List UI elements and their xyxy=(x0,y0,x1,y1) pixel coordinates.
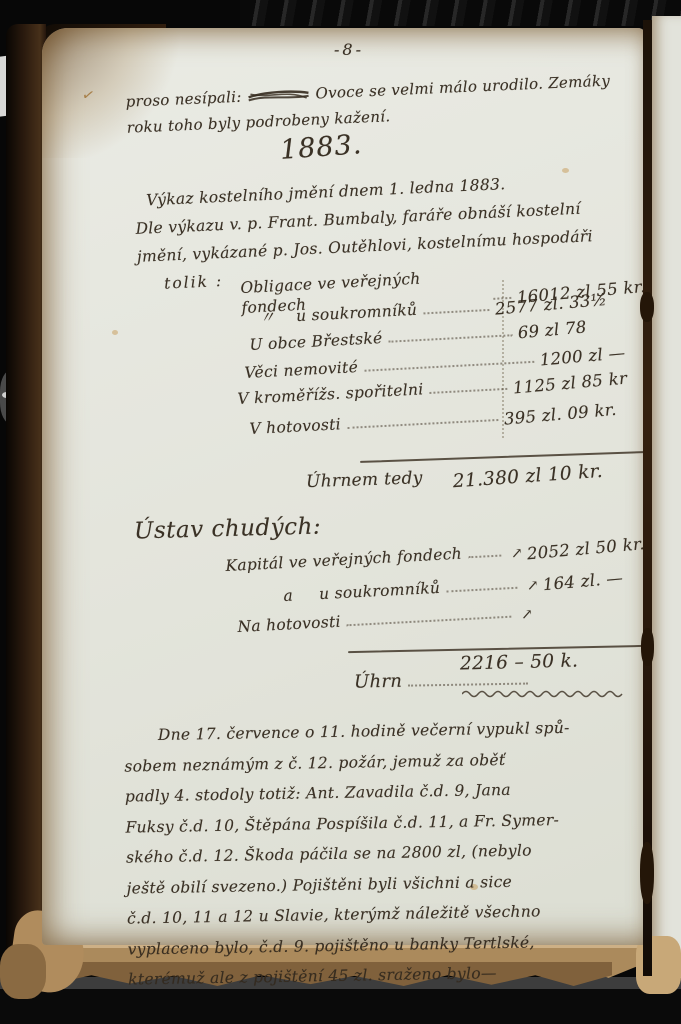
background-streaks xyxy=(240,0,681,26)
dotted-leader xyxy=(423,309,489,314)
ledger-amount: 2052 zl 50 kr. xyxy=(526,534,646,564)
ledger-amount: 69 zl 78 xyxy=(517,317,587,343)
ledger-label: a u soukromníků xyxy=(283,578,441,606)
ledger-row: V hotovosti 395 zl. 09 kr. xyxy=(249,400,618,439)
ledger-label: V hotovosti xyxy=(249,414,341,439)
fire-report-paragraph: Dne 17. července o 11. hodině večerní vy… xyxy=(124,711,653,995)
dotted-leader xyxy=(364,361,534,372)
background-bottom xyxy=(0,989,681,1024)
ledger-label: Věci nemovité xyxy=(244,357,359,383)
total-label: Úhrn xyxy=(354,671,403,693)
page-number: -8- xyxy=(294,40,404,59)
intro-paragraph: proso nesípali:Ovoce se velmi málo urodi… xyxy=(125,67,619,140)
ledger-amount: 395 zl. 09 kr. xyxy=(503,400,617,430)
ledger-label: Kapitál ve veřejných fondech xyxy=(225,544,463,576)
ledger-row: a u soukromníků ↗ 164 zl. — xyxy=(283,568,624,606)
squiggle-underline xyxy=(462,688,632,698)
ledger-total: Úhrnem tedy 21.380 zl 10 kr. xyxy=(306,461,603,492)
dotted-leader xyxy=(430,388,507,394)
ledger-amount: 164 zl. — xyxy=(542,568,624,595)
arrow-up-right-icon: ↗ xyxy=(521,605,534,626)
total-amount: 21.380 zl 10 kr. xyxy=(452,461,603,492)
dotted-leader xyxy=(389,334,513,342)
binding-blob xyxy=(640,842,654,904)
total-label: Úhrnem tedy xyxy=(306,468,423,492)
year-heading: 1883. xyxy=(279,129,363,166)
next-page-edge xyxy=(652,16,681,978)
section-heading: Ústav chudých: xyxy=(134,514,322,545)
ledger-amount: 1200 zl — xyxy=(539,343,626,370)
arrow-up-right-icon: ↗ xyxy=(526,576,539,597)
dotted-leader xyxy=(446,587,517,593)
tattered-corner-left xyxy=(0,944,46,999)
dotted-leader xyxy=(347,419,498,429)
ledger-label: Na hotovosti xyxy=(237,612,341,637)
arrow-up-right-icon: ↗ xyxy=(510,543,523,564)
ledger-row: Na hotovosti ↗ xyxy=(237,601,538,637)
dotted-leader xyxy=(408,683,528,687)
binding-blob xyxy=(640,292,654,322)
dotted-leader xyxy=(347,616,511,627)
struck-out-word xyxy=(246,87,311,106)
ledger-amount: 1125 zl 85 kr xyxy=(512,369,628,399)
ledger-label: U obce Břestské xyxy=(249,328,383,355)
ledger-label: V kroměřížs. spořitelni xyxy=(237,379,424,409)
binding-blob xyxy=(641,628,654,666)
ledger-amount: 2577 zl. 33½ xyxy=(494,290,608,320)
dotted-leader xyxy=(468,555,501,559)
foxing-spot xyxy=(112,330,118,335)
manuscript-page: -8- ✓ proso nesípali:Ovoce se velmi málo… xyxy=(42,28,646,945)
book-spine xyxy=(6,24,46,982)
page-gutter-seam xyxy=(643,20,652,976)
